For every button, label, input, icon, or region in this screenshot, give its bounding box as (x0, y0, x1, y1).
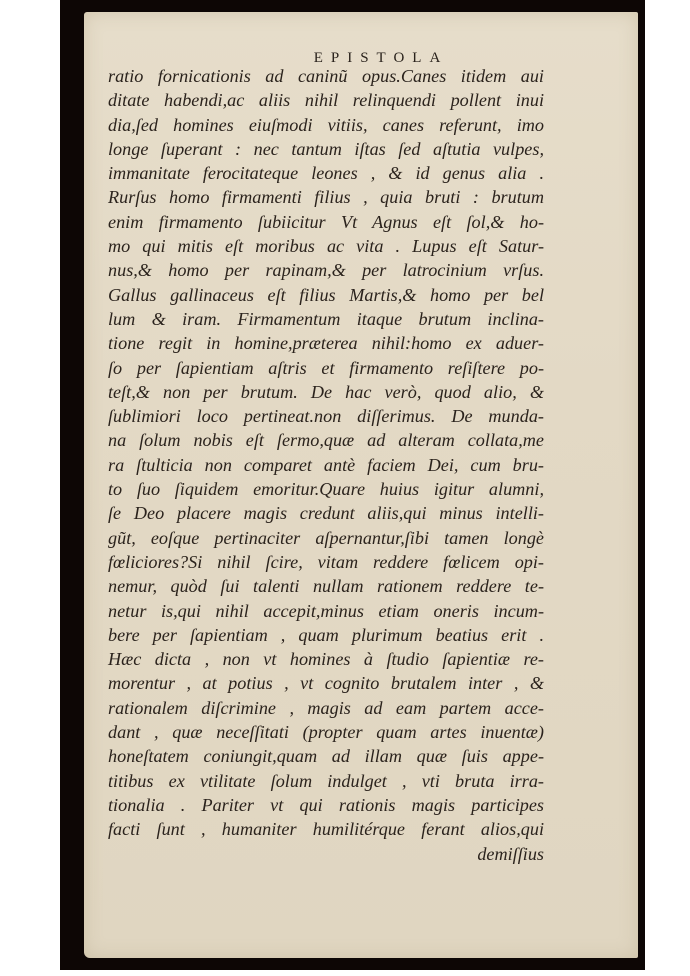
text-line: mo qui mitis eſt moribus ac vita . Lupus… (108, 234, 544, 258)
text-line: dia,ſed homines eiuſmodi vitiis, canes r… (108, 113, 544, 137)
text-line: enim firmamento ſubiicitur Vt Agnus eſt … (108, 210, 544, 234)
text-line: tionalia . Pariter vt qui rationis magis… (108, 793, 544, 817)
text-line: teſt,& non per brutum. De hac verò, quod… (108, 380, 544, 404)
page-body-text: ratio fornicationis ad caninũ opus.Canes… (108, 64, 544, 866)
text-line: ditate habendi,ac aliis nihil relinquend… (108, 88, 544, 112)
text-line: titibus ex vtilitate ſolum indulget , vt… (108, 769, 544, 793)
text-line: ſublimiori loco pertineat.non diſſerimus… (108, 404, 544, 428)
text-line: ratio fornicationis ad caninũ opus.Canes… (108, 64, 544, 88)
text-line: morentur , at potius , vt cognito brutal… (108, 671, 544, 695)
text-line: honeſtatem coniungit,quam ad illam quæ ſ… (108, 744, 544, 768)
text-line: gũt, eoſque pertinaciter aſpernantur,ſib… (108, 526, 544, 550)
text-line: ſo per ſapientiam aſtris et firmamento r… (108, 356, 544, 380)
text-line: nus,& homo per rapinam,& per latrocinium… (108, 258, 544, 282)
text-line: ſe Deo placere magis credunt aliis,qui m… (108, 501, 544, 525)
text-line: rationalem diſcrimine , magis ad eam par… (108, 696, 544, 720)
text-line: longe ſuperant : nec tantum iſtas ſed aſ… (108, 137, 544, 161)
text-line: Gallus gallinaceus eſt filius Martis,& h… (108, 283, 544, 307)
text-line: netur is,qui nihil accepit,minus etiam o… (108, 599, 544, 623)
text-line: Hæc dicta , non vt homines à ſtudio ſapi… (108, 647, 544, 671)
text-line: tione regit in homine,præterea nihil:hom… (108, 331, 544, 355)
text-line: dant , quæ neceſſitati (propter quam art… (108, 720, 544, 744)
text-line: nemur, quòd ſui talenti nullam rationem … (108, 574, 544, 598)
text-line: immanitate ferocitateque leones , & id g… (108, 161, 544, 185)
text-line: fœliciores?Si nihil ſcire, vitam reddere… (108, 550, 544, 574)
text-line: lum & iram. Firmamentum itaque brutum in… (108, 307, 544, 331)
text-line: Rurſus homo firmamenti filius , quia bru… (108, 185, 544, 209)
text-line: na ſolum nobis eſt ſermo,quæ ad alteram … (108, 428, 544, 452)
catchword: demiſſius (108, 842, 544, 866)
text-line: bere per ſapientiam , quam plurimum beat… (108, 623, 544, 647)
text-line: facti ſunt , humaniter humilitérque fera… (108, 817, 544, 841)
text-line: to ſuo ſiquidem emoritur.Quare huius igi… (108, 477, 544, 501)
text-line: ra ſtulticia non comparet antè faciem De… (108, 453, 544, 477)
